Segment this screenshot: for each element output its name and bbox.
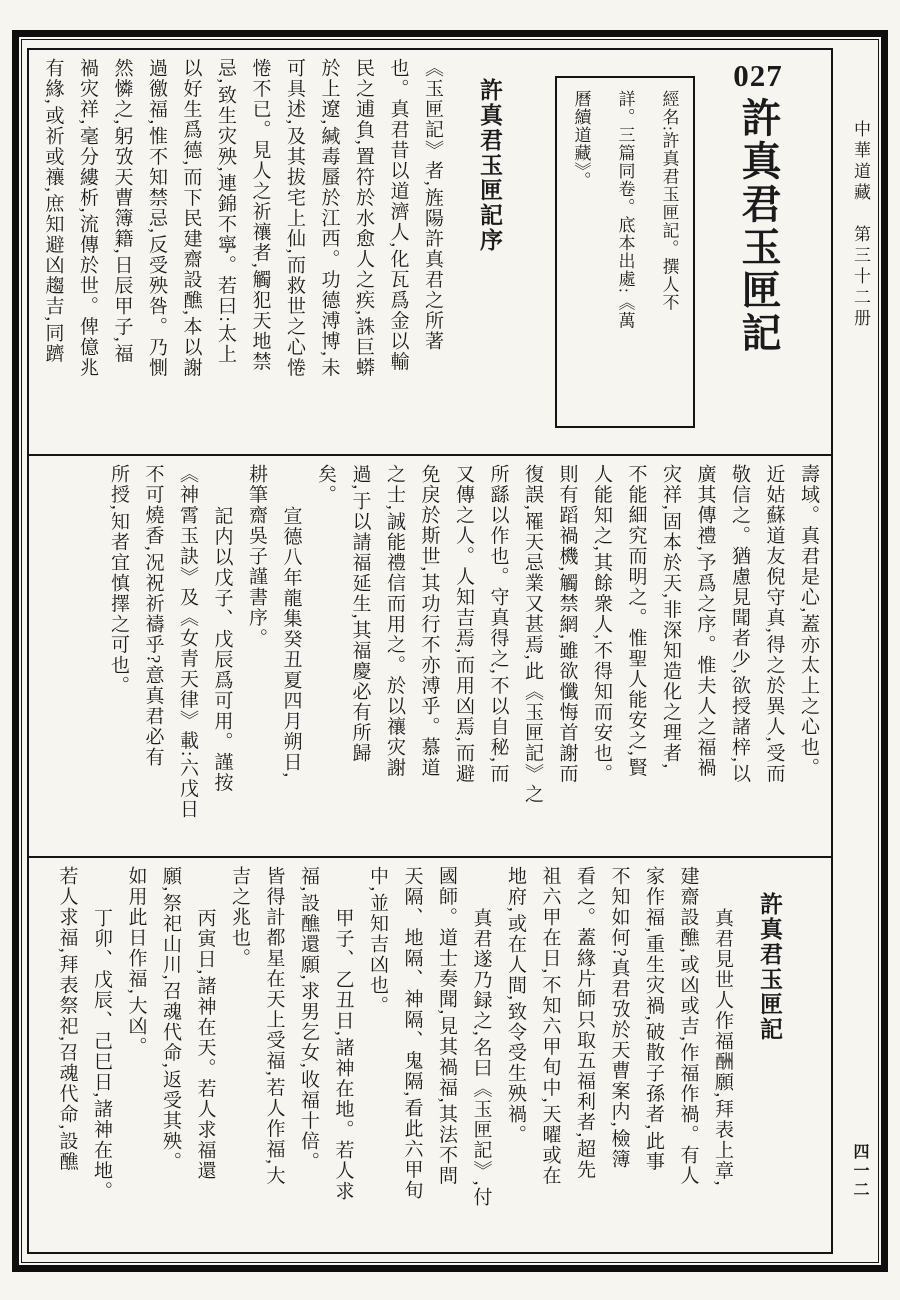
text-column: 《玉匣記》者,旌陽許真君之所著 <box>415 58 450 446</box>
text-column: 丁卯、戊辰、己巳日,諸神在地。 <box>84 866 119 1244</box>
text-column: 家作福,重生灾禍,破散子孫者,此事 <box>636 866 671 1244</box>
text-column: 也。真君昔以道濟人,化瓦爲金以輸 <box>380 58 415 446</box>
text-column: 有緣,或祈或禳,庶知避凶趨吉,同躋 <box>35 58 70 446</box>
text-column: 中,並知吉凶也。 <box>360 866 395 1244</box>
preface-columns-bottom: 壽域。真君是心,蓋亦太上之心也。近姑蘇道友倪守真,得之於異人,受而敬信之。猶慮見… <box>101 464 826 848</box>
text-column: 忌,致生灾殃,連錦不寧。若曰:太上 <box>208 58 243 446</box>
text-column: 不知如何?真君攷於天曹案内,檢簿 <box>601 866 636 1244</box>
preface-band-top: 027 許真君玉匣記 經名:許真君玉匣記。撰人不詳。三篇同卷。底本出處:《萬曆續… <box>29 50 831 454</box>
text-column: 於上遼,緘毒蜃於江西。功德溥博,未 <box>311 58 346 446</box>
text-column: 民之逋負,置符於水愈人之疾,誅巨蟒 <box>346 58 381 446</box>
preface-band-bottom: 壽域。真君是心,蓋亦太上之心也。近姑蘇道友倪守真,得之於異人,受而敬信之。猶慮見… <box>29 454 831 856</box>
text-column: 若人求福,拜表祭祀,召魂代命,設醮 <box>49 866 84 1244</box>
text-column: 看之。蓋緣片師只取五福利者,超先 <box>567 866 602 1244</box>
text-column: 不可燒香,况祝祈禱乎?意真君必有 <box>135 464 170 848</box>
text-column: 以好生爲德,而下民建齋設醮,本以謝 <box>173 58 208 446</box>
chapter-title: 許真君玉匣記 <box>735 97 781 355</box>
text-column: 之士,誠能禮信而用之。於以禳灾謝 <box>377 464 412 848</box>
bibliographic-note-box: 經名:許真君玉匣記。撰人不詳。三篇同卷。底本出處:《萬曆續道藏》。 <box>555 76 695 428</box>
main-text-band: 許真君玉匣記 真君見世人作福酬願,拜表上章,建齋設醮,或凶或吉,作福作禍。有人家… <box>29 856 831 1252</box>
text-column: 然憐之,躬攷天曹簿籍,日辰甲子,福 <box>104 58 139 446</box>
text-column: 詳。三篇同卷。底本出處:《萬 <box>610 90 641 414</box>
main-text-columns: 真君見世人作福酬願,拜表上章,建齋設醮,或凶或吉,作福作禍。有人家作福,重生灾禍… <box>49 866 739 1244</box>
text-column: 又傳之人。人知吉焉,而用凶焉,而避 <box>446 464 481 848</box>
text-column: 天隔、地隔、神隔、鬼隔,看此六甲旬 <box>394 866 429 1244</box>
text-column: 敬信之。猶慮見聞者少,欲授諸梓,以 <box>722 464 757 848</box>
text-column: 甲子、乙丑日,諸神在地。若人求 <box>325 866 360 1244</box>
text-column: 壽域。真君是心,蓋亦太上之心也。 <box>791 464 826 848</box>
text-column: 禍灾祥,毫分縷析,流傳於世。俾億兆 <box>70 58 105 446</box>
page-inner-hairline: 中華道藏 第三十二册 四一二 027 許真君玉匣記 經名:許真君玉匣記。撰人不詳… <box>21 39 879 1263</box>
text-column: 廣其傳禮,予爲之序。惟夫人之福禍 <box>687 464 722 848</box>
text-column: 建齋設醮,或凶或吉,作福作禍。有人 <box>670 866 705 1244</box>
main-text-title: 許真君玉匣記 <box>751 866 787 1244</box>
text-column: 真君見世人作福酬願,拜表上章, <box>705 866 740 1244</box>
text-column: 丙寅日,諸神在天。若人求福還 <box>187 866 222 1244</box>
text-column: 耕筆齋吳子謹書序。 <box>239 464 274 848</box>
text-column: 皆得計都星在天上受福,若人作福,大 <box>256 866 291 1244</box>
volume-label: 中華道藏 第三十二册 <box>848 120 873 330</box>
text-column: 經名:許真君玉匣記。撰人不 <box>654 90 685 414</box>
scripture-page: 中華道藏 第三十二册 四一二 027 許真君玉匣記 經名:許真君玉匣記。撰人不詳… <box>0 0 900 1300</box>
text-column: 宣德八年龍集癸丑夏四月朔日, <box>273 464 308 848</box>
text-frame: 027 許真君玉匣記 經名:許真君玉匣記。撰人不詳。三篇同卷。底本出處:《萬曆續… <box>27 48 833 1254</box>
text-column: 人能知之,其餘衆人,不得知而安也。 <box>584 464 619 848</box>
preface-title: 許真君玉匣記序 <box>471 58 507 446</box>
text-column: 矣。 <box>308 464 343 848</box>
text-column: 祖六甲在日,不知六甲旬中,天曜或在 <box>532 866 567 1244</box>
text-column: 地府,或在人間,致令受生殃禍。 <box>498 866 533 1244</box>
page-outer-border: 中華道藏 第三十二册 四一二 027 許真君玉匣記 經名:許真君玉匣記。撰人不詳… <box>12 30 888 1272</box>
text-column: 所授,知者宜慎擇之可也。 <box>101 464 136 848</box>
preface-columns-top: 《玉匣記》者,旌陽許真君之所著也。真君昔以道濟人,化瓦爲金以輸民之逋負,置符於水… <box>35 58 449 446</box>
text-column: 曆續道藏》。 <box>566 90 597 414</box>
text-column: 可具述,及其拔宅上仙,而救世之心惓 <box>277 58 312 446</box>
text-column: 所繇以作也。守真得之,不以自秘,而 <box>480 464 515 848</box>
chapter-number: 027 <box>733 60 783 91</box>
text-column: 復誤,罹天忌業又甚焉,此《玉匣記》之 <box>515 464 550 848</box>
text-column: 真君遂乃録之,名曰《玉匣記》,付 <box>463 866 498 1244</box>
text-column: 則有蹈禍機,觸禁網,雖欲懺悔首謝而 <box>549 464 584 848</box>
text-column: 不能細究而明之。惟聖人能安之,賢 <box>618 464 653 848</box>
chapter-heading: 027 許真君玉匣記 <box>721 58 795 446</box>
text-column: 吉之兆也。 <box>222 866 257 1244</box>
text-column: 過,于以請福延生,其福慶必有所歸 <box>342 464 377 848</box>
text-column: 過徼福,惟不知禁忌,反受殃咎。乃惻 <box>139 58 174 446</box>
text-column: 免戾於斯世,其功行不亦溥乎。慕道 <box>411 464 446 848</box>
text-column: 灾祥,固本於天,非深知造化之理者, <box>653 464 688 848</box>
text-column: 如用此日作福,大凶。 <box>118 866 153 1244</box>
text-column: 願,祭祀山川,召魂代命,返受其殃。 <box>153 866 188 1244</box>
text-column: 記内以戊子、戊辰爲可用。謹按 <box>204 464 239 848</box>
text-column: 惓不已。見人之祈禳者,觸犯天地禁 <box>242 58 277 446</box>
text-column: 近姑蘇道友倪守真,得之於異人,受而 <box>756 464 791 848</box>
folio-page-number: 四一二 <box>848 1143 871 1200</box>
text-column: 福,設醮還願,求男乞女,收福十倍。 <box>291 866 326 1244</box>
text-column: 《神霄玉訣》及《女青天律》載:六戊日 <box>170 464 205 848</box>
text-column: 國師。道士奏聞,見其禍福,其法不問 <box>429 866 464 1244</box>
right-margin-gutter: 中華道藏 第三十二册 四一二 <box>842 40 878 1262</box>
page-frame-inner: 中華道藏 第三十二册 四一二 027 許真君玉匣記 經名:許真君玉匣記。撰人不詳… <box>22 40 878 1262</box>
